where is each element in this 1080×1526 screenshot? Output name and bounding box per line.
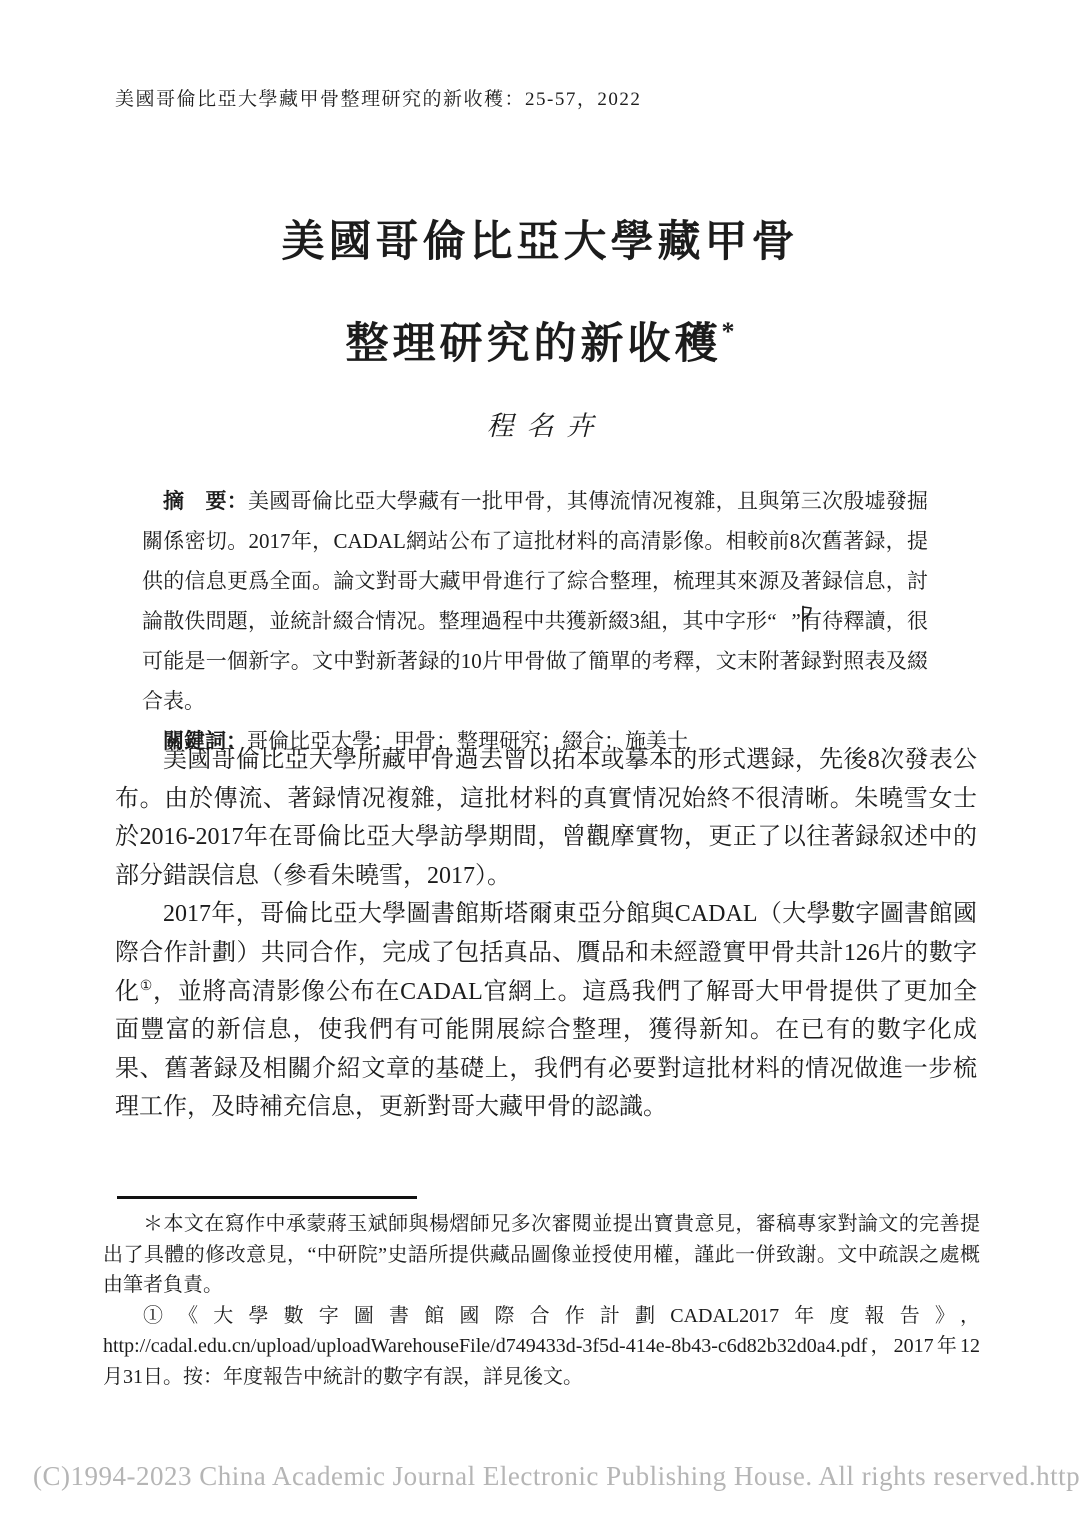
author-name: 程名卉 <box>0 404 1080 443</box>
title-line-1: 美國哥倫比亞大學藏甲骨 <box>0 198 1080 287</box>
footnote-1-marker: ＊ <box>143 1213 163 1235</box>
footnote-2-text: 《大學數字圖書館國際合作計劃CADAL2017年度報告》，http://cada… <box>103 1305 980 1388</box>
abstract-paragraph: 摘 要：美國哥倫比亞大學藏有一批甲骨，其傳流情况複雜，且與第三次殷墟發掘關係密切… <box>142 481 928 721</box>
body-paragraph-1: 美國哥倫比亞大學所藏甲骨過去曾以拓本或摹本的形式選録，先後8次發表公布。由於傳流… <box>115 741 977 895</box>
title-line-2: 整理研究的新收穫* <box>0 287 1080 389</box>
copyright-text: (C)1994-2023 China Academic Journal Elec… <box>33 1461 1036 1492</box>
body-paragraph-2: 2017年，哥倫比亞大學圖書館斯塔爾東亞分館與CADAL（大學數字圖書館國際合作… <box>115 895 977 1127</box>
body-section: 美國哥倫比亞大學所藏甲骨過去曾以拓本或摹本的形式選録，先後8次發表公布。由於傳流… <box>115 741 977 1127</box>
abstract-label: 摘 要： <box>163 489 248 513</box>
paper-page: 美國哥倫比亞大學藏甲骨整理研究的新收穫：25-57，2022 美國哥倫比亞大學藏… <box>0 0 1080 1526</box>
footnotes-section: ＊本文在寫作中承蒙蔣玉斌師與楊熠師兄多次審閱並提出寶貴意見，審稿專家對論文的完善… <box>103 1209 980 1393</box>
footnote-1-text: 本文在寫作中承蒙蔣玉斌師與楊熠師兄多次審閱並提出寶貴意見，審稿專家對論文的完善提… <box>103 1213 980 1296</box>
oracle-bone-character-icon <box>777 605 792 632</box>
footnote-reference-marker: ① <box>140 979 153 994</box>
journal-header: 美國哥倫比亞大學藏甲骨整理研究的新收穫：25-57，2022 <box>115 84 641 111</box>
title-line-2-text: 整理研究的新收穫 <box>346 321 722 368</box>
footer-url: http://www.cnki.net <box>1036 1461 1080 1492</box>
footnote-divider <box>117 1196 417 1199</box>
page-footer: (C)1994-2023 China Academic Journal Elec… <box>0 1461 1080 1492</box>
abstract-section: 摘 要：美國哥倫比亞大學藏有一批甲骨，其傳流情况複雜，且與第三次殷墟發掘關係密切… <box>142 481 928 761</box>
footnote-2: ①《大學數字圖書館國際合作計劃CADAL2017年度報告》，http://cad… <box>103 1301 980 1393</box>
paper-title: 美國哥倫比亞大學藏甲骨 整理研究的新收穫* <box>0 198 1080 389</box>
title-footnote-asterisk: * <box>722 317 735 346</box>
footnote-1: ＊本文在寫作中承蒙蔣玉斌師與楊熠師兄多次審閱並提出寶貴意見，審稿專家對論文的完善… <box>103 1209 980 1301</box>
footnote-2-marker: ① <box>143 1305 178 1327</box>
body-paragraph-2-part2: ，並將高清影像公布在CADAL官網上。這爲我們了解哥大甲骨提供了更加全面豐富的新… <box>115 979 977 1121</box>
